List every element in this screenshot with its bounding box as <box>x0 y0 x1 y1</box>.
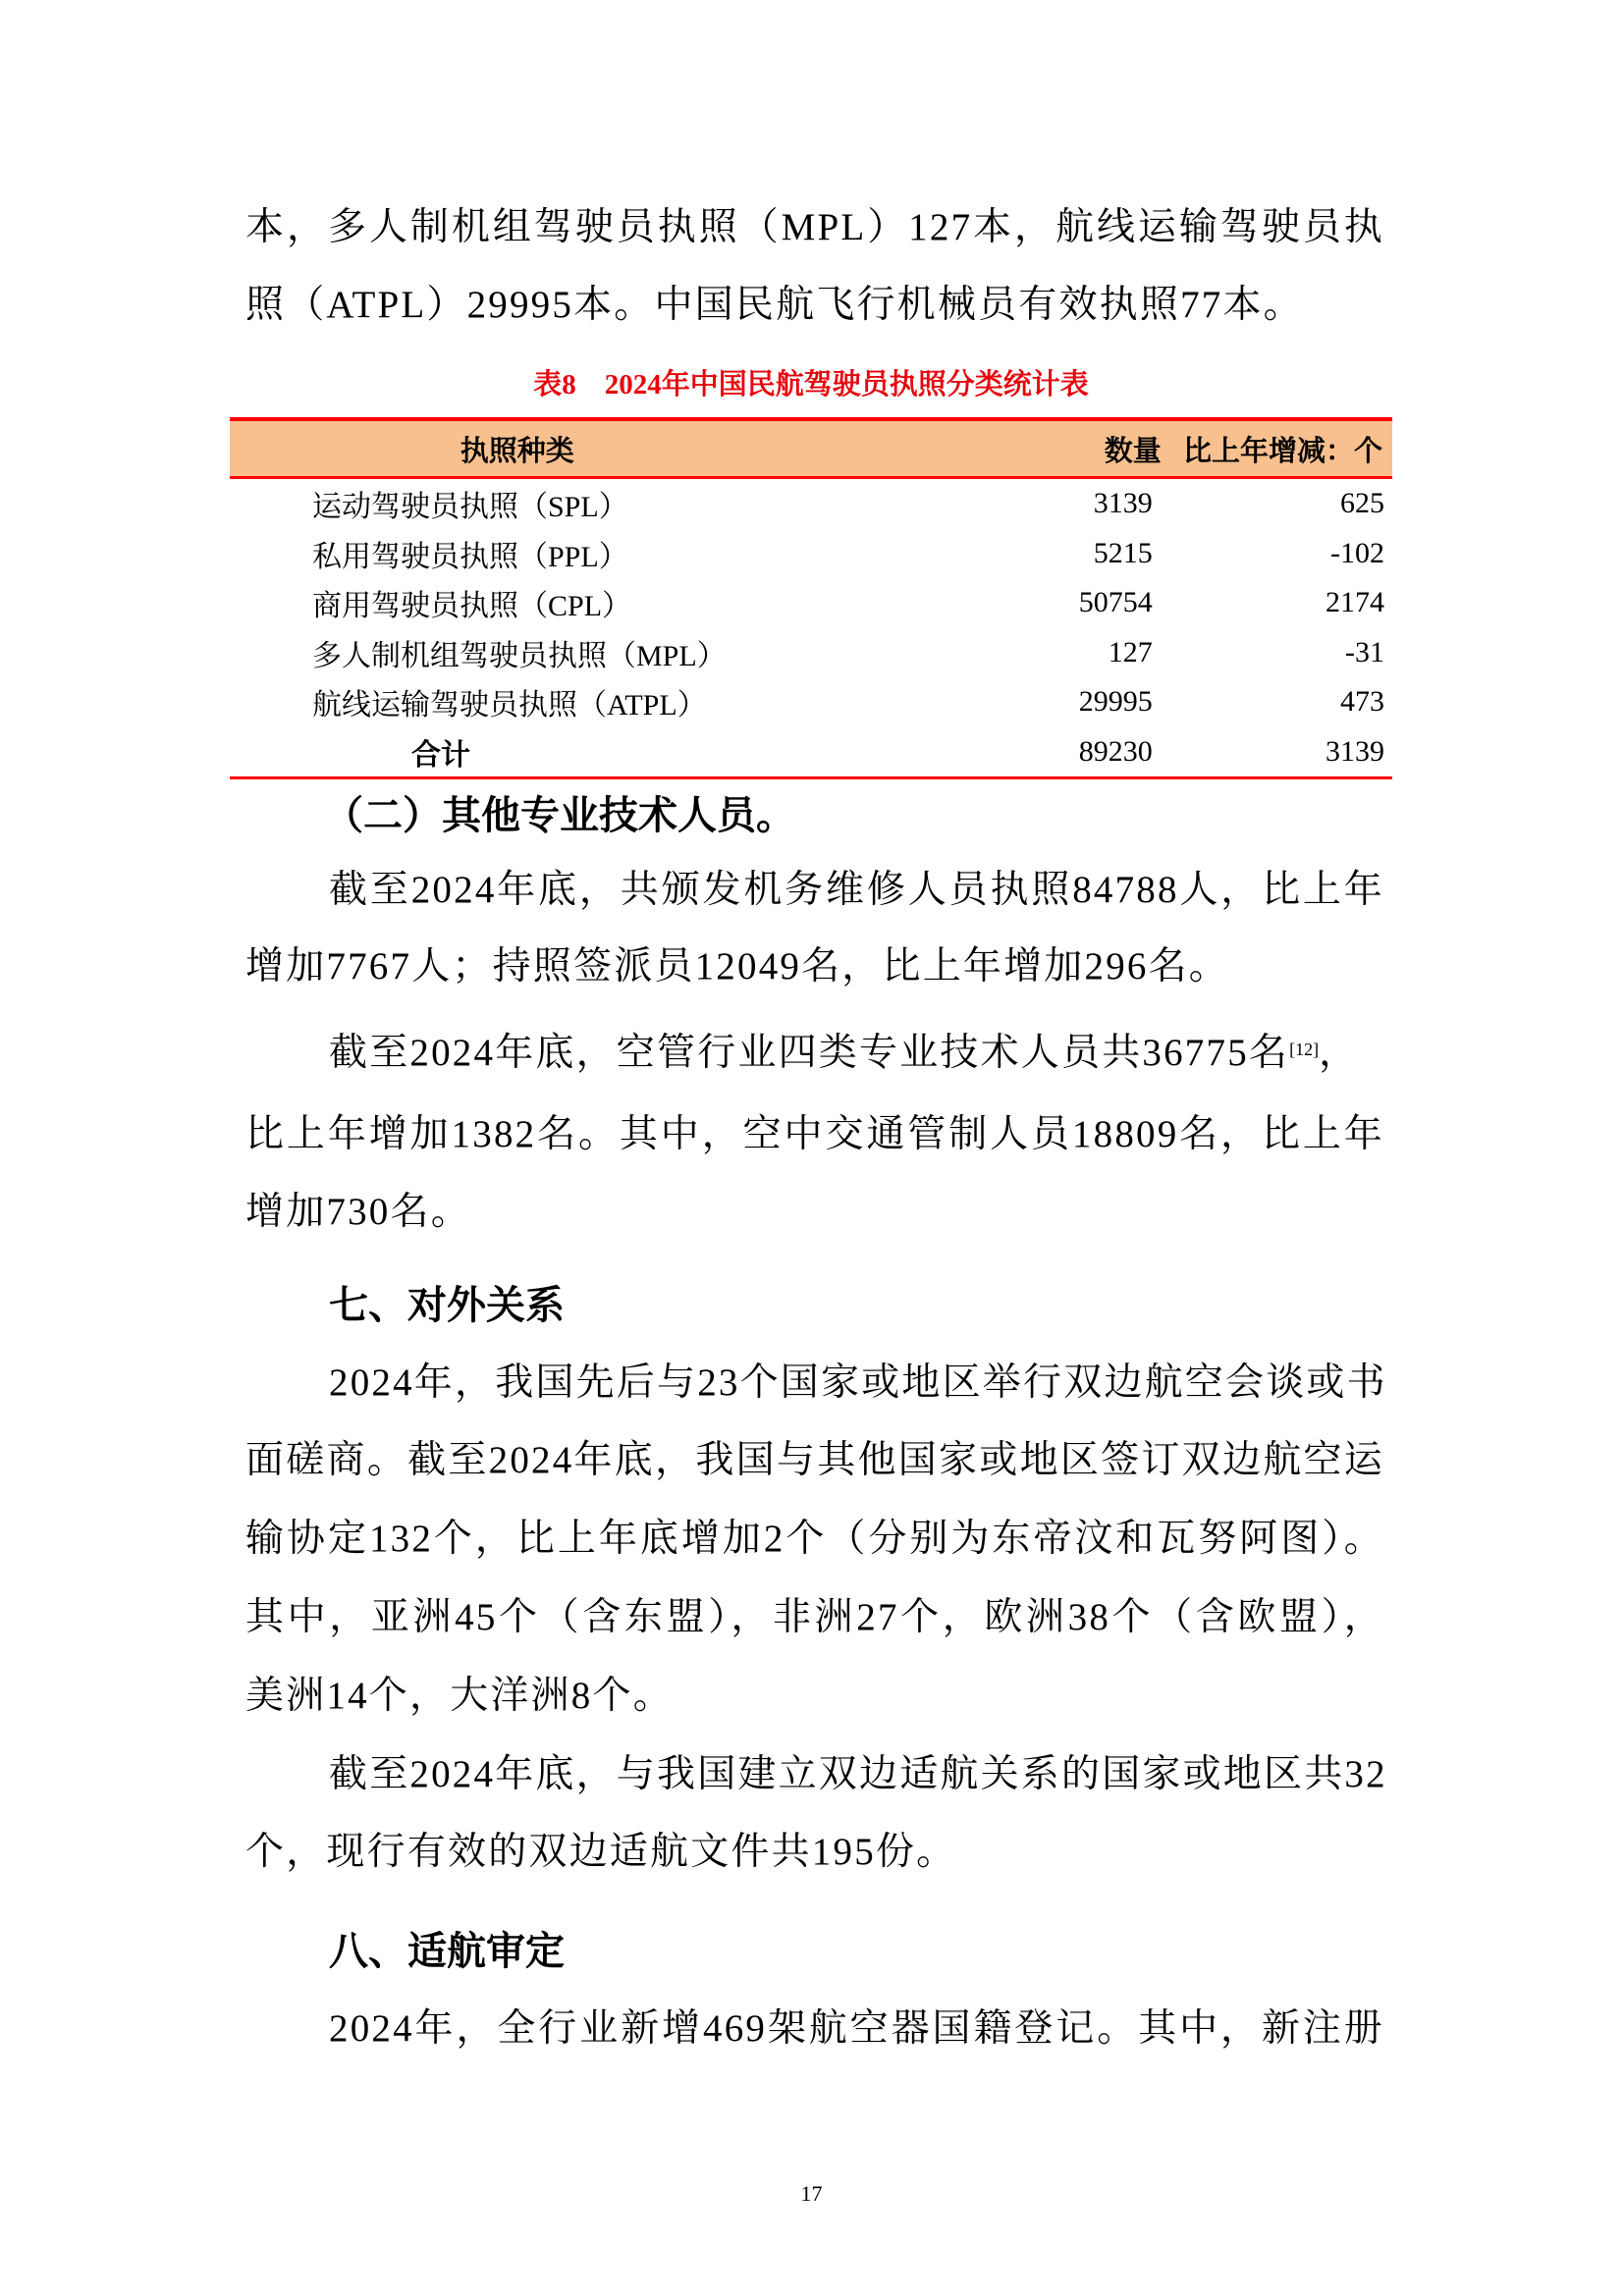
foreign-p1-line-1: 2024年，我国先后与23个国家或地区举行双边航空会谈或书 <box>329 1359 1384 1408</box>
cell-count: 50754 <box>981 578 1165 628</box>
cell-change: 2174 <box>1166 578 1392 628</box>
cell-count: 127 <box>981 628 1165 678</box>
footnote-ref-12[interactable]: [12] <box>1289 1040 1319 1059</box>
foreign-p2-line-1: 截至2024年底，与我国建立双边适航关系的国家或地区共32 <box>329 1750 1384 1799</box>
header-license-type: 执照种类 <box>230 419 981 478</box>
cell-license-type: 私用驾驶员执照（PPL） <box>230 529 981 579</box>
cell-change: -31 <box>1166 628 1392 678</box>
other-staff-p1-line-1: 截至2024年底，共颁发机务维修人员执照84788人，比上年 <box>329 866 1384 915</box>
table-row: 运动驾驶员执照（SPL） 3139 625 <box>230 478 1392 529</box>
pilot-license-table: 执照种类 数量 比上年增减：个 运动驾驶员执照（SPL） 3139 625 私用… <box>230 417 1392 779</box>
cell-license-type: 航线运输驾驶员执照（ATPL） <box>230 677 981 727</box>
table-row: 多人制机组驾驶员执照（MPL） 127 -31 <box>230 628 1392 678</box>
foreign-p1-line-2: 面磋商。截至2024年底，我国与其他国家或地区签订双边航空运 <box>245 1436 1384 1485</box>
other-staff-p2-line-1-text: 截至2024年底，空管行业四类专业技术人员共36775名 <box>329 1032 1289 1074</box>
cell-count: 5215 <box>981 529 1165 579</box>
document-page: 本，多人制机组驾驶员执照（MPL）127本，航线运输驾驶员执 照（ATPL）29… <box>0 0 1623 2296</box>
other-staff-p2-line-2: 比上年增加1382名。其中，空中交通管制人员18809名，比上年 <box>245 1110 1384 1159</box>
header-count: 数量 <box>981 419 1165 478</box>
other-staff-p2-line-1-end: ， <box>1319 1032 1359 1074</box>
table-row: 私用驾驶员执照（PPL） 5215 -102 <box>230 529 1392 579</box>
header-change: 比上年增减：个 <box>1166 419 1392 478</box>
foreign-p2-line-2: 个，现行有效的双边适航文件共195份。 <box>245 1828 1384 1877</box>
cell-total-label: 合计 <box>230 727 981 778</box>
foreign-p1-line-4: 其中，亚洲45个（含东盟），非洲27个，欧洲38个（含欧盟）， <box>245 1593 1384 1642</box>
other-staff-p1-line-2: 增加7767人；持照签派员12049名，比上年增加296名。 <box>245 942 1384 991</box>
cell-count: 29995 <box>981 677 1165 727</box>
section-heading-airworthiness: 八、适航审定 <box>329 1927 565 1976</box>
foreign-p1-line-5: 美洲14个，大洋洲8个。 <box>245 1672 1384 1721</box>
table-row: 商用驾驶员执照（CPL） 50754 2174 <box>230 578 1392 628</box>
cell-change: 625 <box>1166 478 1392 529</box>
airworthiness-p1-line-1: 2024年，全行业新增469架航空器国籍登记。其中，新注册 <box>329 2004 1384 2054</box>
cell-license-type: 多人制机组驾驶员执照（MPL） <box>230 628 981 678</box>
table-row: 航线运输驾驶员执照（ATPL） 29995 473 <box>230 677 1392 727</box>
table-total-row: 合计 89230 3139 <box>230 727 1392 778</box>
other-staff-p2-line-3: 增加730名。 <box>245 1188 1384 1237</box>
cell-license-type: 运动驾驶员执照（SPL） <box>230 478 981 529</box>
other-staff-p2-line-1: 截至2024年底，空管行业四类专业技术人员共36775名[12]， <box>329 1029 1384 1078</box>
cell-change: -102 <box>1166 529 1392 579</box>
section-heading-other-staff: （二）其他专业技术人员。 <box>324 791 795 840</box>
table-caption: 表8 2024年中国民航驾驶员执照分类统计表 <box>230 365 1392 404</box>
intro-line-1: 本，多人制机组驾驶员执照（MPL）127本，航线运输驾驶员执 <box>245 203 1384 252</box>
section-heading-foreign-relations: 七、对外关系 <box>329 1281 565 1330</box>
cell-change: 473 <box>1166 677 1392 727</box>
cell-license-type: 商用驾驶员执照（CPL） <box>230 578 981 628</box>
page-number: 17 <box>0 2181 1623 2207</box>
table-header-row: 执照种类 数量 比上年增减：个 <box>230 419 1392 478</box>
cell-total-count: 89230 <box>981 727 1165 778</box>
cell-total-change: 3139 <box>1166 727 1392 778</box>
foreign-p1-line-3: 输协定132个，比上年底增加2个（分别为东帝汶和瓦努阿图）。 <box>245 1515 1384 1564</box>
intro-line-2: 照（ATPL）29995本。中国民航飞行机械员有效执照77本。 <box>245 281 1384 330</box>
cell-count: 3139 <box>981 478 1165 529</box>
